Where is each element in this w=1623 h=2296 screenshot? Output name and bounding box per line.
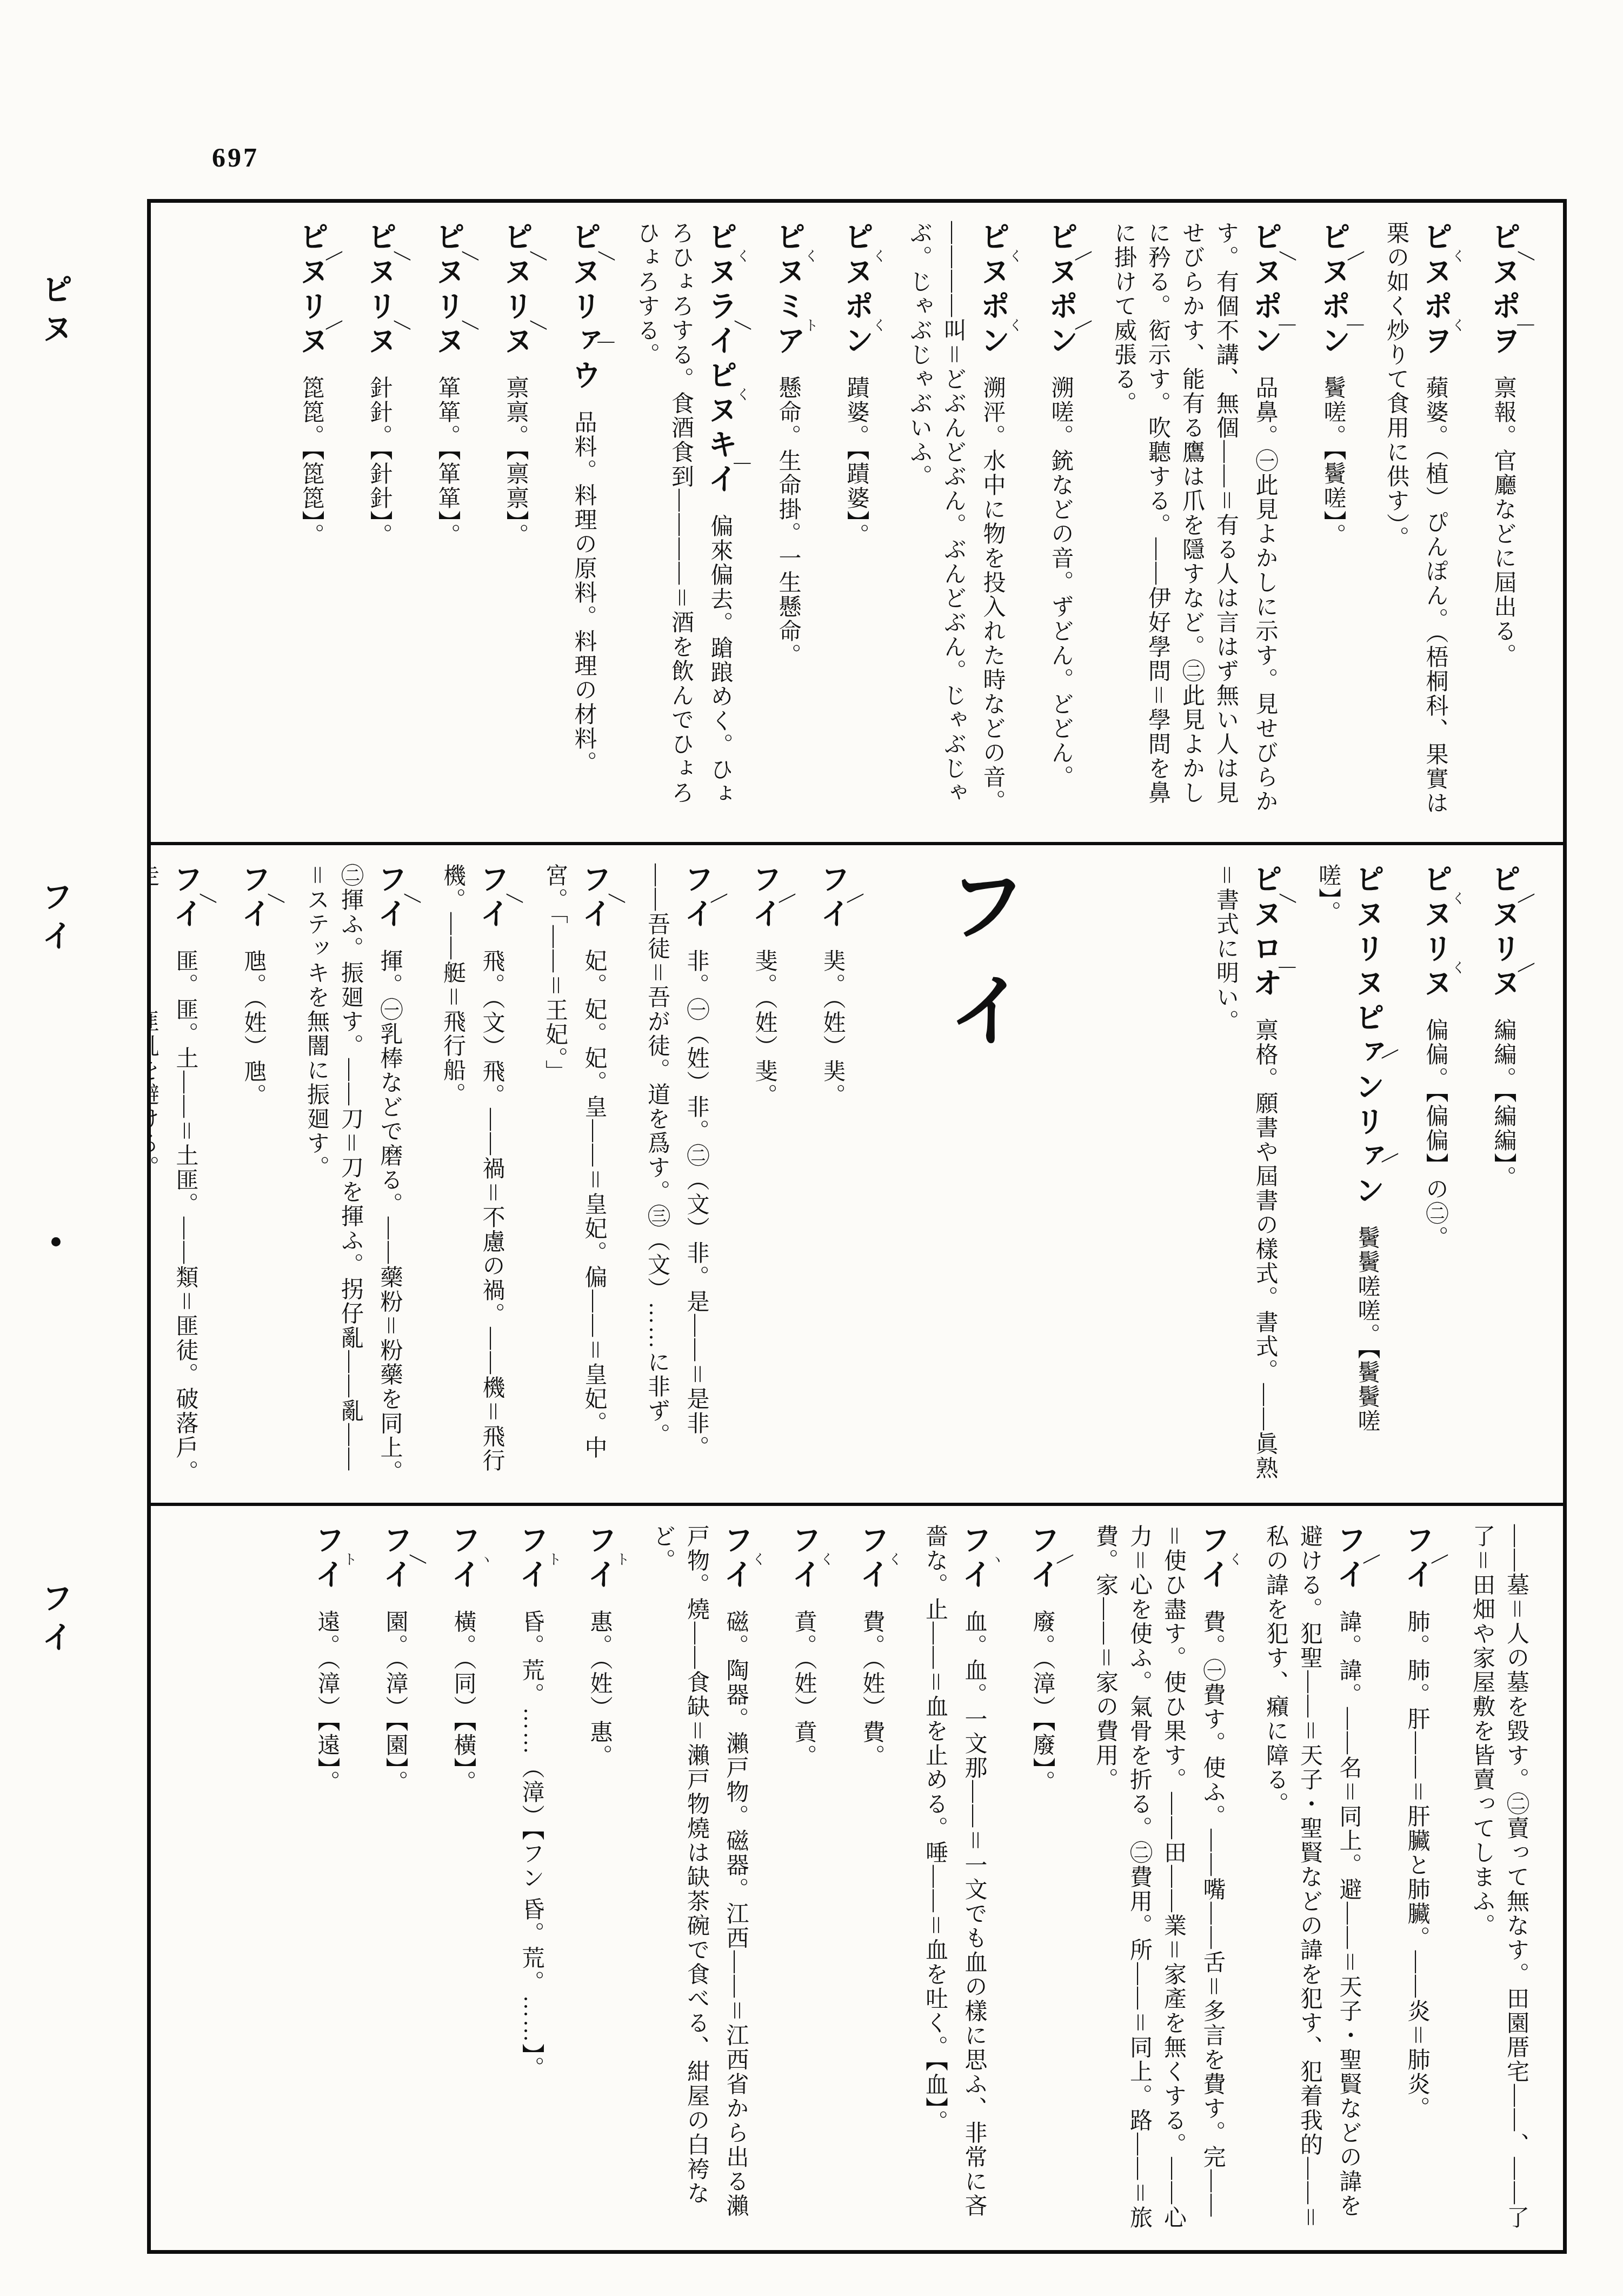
entry-body: 偏偏。【偏偏】の㊁。 — [1423, 1018, 1448, 1250]
entry-headword: フイ╱ — [476, 864, 509, 933]
dictionary-entry: ピヌ╲リヌ╲箆箆。【箆箆】。 — [289, 221, 341, 828]
entry-body: 惠。（姓）惠。 — [587, 1610, 612, 1769]
entry-body: 非。㊀（姓）非。㊁（文）非。是――＝是非。――吾徒＝吾が徒。道を爲す。㊂（文）…… — [644, 864, 709, 1460]
dictionary-entry: フイ╲斐。（姓）斐。 — [742, 864, 794, 1489]
entry-body: 溯嗟。銃などの音。ずどん。どどん。 — [1048, 376, 1073, 789]
entry-body: ――墓＝人の墓を毀す。㊁賣って無なす。田園厝宅――、――了了＝田畑や家屋敷を皆賣… — [1469, 1524, 1528, 2230]
dictionary-entry: フイ╱園。（漳）【園】。 — [373, 1524, 424, 2236]
entry-body: 血。血。一文那――＝一文でも血の樣に思ふ、非常に吝嗇な。止――＝血を止める。唾―… — [922, 1524, 987, 2218]
dictionary-entry: ピヌ╱リヌ╱針針。【針針】。 — [357, 221, 409, 828]
content-box: ピヌ╱ポヲ│禀報。官廳などに屆出る。ピヌくポヲく蘋婆。（植）ぴんぽん。（梧桐科、… — [147, 199, 1567, 2254]
dictionary-entry: フイ╱揮。㊀乳棒などで磨る。――藥粉＝粉藥を同上。㊁揮ふ。振廻す。――刀＝刀を揮… — [299, 864, 419, 1489]
entry-headword: フイト — [583, 1524, 616, 1594]
entry-headword: フイく — [788, 1524, 821, 1594]
entry-body: 賁。（姓）賁。 — [791, 1610, 816, 1769]
entry-headword: ピヌ╱リヌ╱ — [500, 221, 533, 360]
entry-body: 禀報。官廳などに屆出る。 — [1491, 376, 1516, 668]
dictionary-entry: フイ╱飛。（文）飛。――禍＝不慮の禍。――機＝飛行機。――艇＝飛行船。 — [435, 864, 521, 1489]
entry-body: 箪箪。【箪箪】。 — [435, 376, 460, 548]
entry-headword: ピヌくポヲく — [1419, 221, 1452, 360]
dictionary-entry: ピヌ╱ロオ│禀格。願書や屆書の樣式。書式。――眞熟＝書式に明い。 — [1208, 864, 1294, 1489]
entry-headword: フイ╲ — [748, 864, 781, 933]
entry-headword: ピヌ╱リヌ╱ — [363, 221, 396, 360]
dictionary-entry: フイく磁。陶器。瀨戸物。磁器。江西――＝江西省から出る瀨戸物。燒――食缺＝瀨戸物… — [645, 1524, 765, 2236]
entry-body: 揮。㊀乳棒などで磨る。――藥粉＝粉藥を同上。㊁揮ふ。振廻す。――刀＝刀を揮ふ。拐… — [304, 864, 402, 1484]
entry-headword: ピヌ╲ポン│ — [1317, 221, 1350, 360]
entry-body: 鬢嗟。【鬢嗟】。 — [1321, 376, 1346, 548]
entry-body: 諱。諱。――名＝同上。避――＝天子・聖賢などの諱を避ける。犯聖――＝天子・聖賢な… — [1263, 1524, 1361, 2230]
dictionary-entry: ピヌくライ╱ピヌくキイ│偏來偏去。蹌踉めく。ひょろひょろする。食酒食到――――＝… — [629, 221, 749, 828]
dictionary-entry: フイく費。（姓）費。 — [849, 1524, 901, 2236]
entry-body: 針針。【針針】。 — [367, 376, 392, 548]
entry-headword: ピヌ╱ロオ│ — [1249, 864, 1282, 1002]
entry-headword: フイ╱ — [578, 864, 611, 933]
dictionary-entry: フイ╲廢。（漳）【廢】。 — [1020, 1524, 1072, 2236]
entry-headword: ピヌくポンく — [840, 221, 873, 360]
dictionary-entry: フイ╲肺。肺。肝――＝肝臟と肺臟。――炎＝肺炎。 — [1394, 1524, 1446, 2236]
entry-body: 磁。陶器。瀨戸物。磁器。江西――＝江西省から出る瀨戸物。燒――食缺＝瀨戸物燒は缺… — [650, 1524, 748, 2218]
dictionary-page: 697 ピヌ フイ フイ ピヌ╱ポヲ│禀報。官廳などに屆出る。ピヌくポヲく蘋婆。… — [0, 0, 1623, 2296]
dictionary-entry: ピヌ╲ポン│鬢嗟。【鬢嗟】。 — [1311, 221, 1362, 828]
entry-headword: フイ╲ — [1333, 1524, 1366, 1594]
dictionary-entry: ピヌ╱リヌ╱箪箪。【箪箪】。 — [425, 221, 477, 828]
dictionary-entry: ピヌ╱リァウ│品料。料理の原料。料理の材料。 — [561, 221, 613, 828]
entry-body: 橫。（同）【橫】。 — [451, 1610, 476, 1795]
dictionary-entry: ピヌくポンく蹟婆。【蹟婆】。 — [834, 221, 886, 828]
entry-body: 懸命。生命掛。一生懸命。 — [776, 376, 801, 668]
entry-body: 廢。（漳）【廢】。 — [1030, 1610, 1055, 1795]
dictionary-entry: フイ╲奜。（姓）奜。 — [810, 864, 862, 1489]
entry-headword: ピヌ╲ポン╲ — [1045, 221, 1077, 360]
entry-body: 遠。（漳）【遠】。 — [315, 1610, 340, 1795]
dictionary-entry: ピヌ╱リヌ╱禀禀。【禀禀】。 — [493, 221, 545, 828]
dictionary-entry: ピヌ╱ポヲ│禀報。官廳などに屆出る。 — [1481, 221, 1533, 828]
entry-headword: フイく — [720, 1524, 753, 1594]
band-fui-entries-upper: ピヌ╲リヌ╲編編。【編編】。ピヌくリヌく偏偏。【偏偏】の㊁。ピヌリヌピァン╲リァ… — [151, 842, 1563, 1503]
band-pin-entries: ピヌ╱ポヲ│禀報。官廳などに屆出る。ピヌくポヲく蘋婆。（植）ぴんぽん。（梧桐科、… — [151, 203, 1563, 842]
page-number: 697 — [212, 142, 259, 173]
dictionary-entry: フイく賁。（姓）賁。 — [781, 1524, 833, 2236]
entry-body: 禀禀。【禀禀】。 — [503, 376, 528, 548]
dictionary-entry: ピヌくポンく溯泙。水中に物を投入れた時などの音。――――叫＝どぶんどぶん。ぶんど… — [902, 221, 1022, 828]
entry-headword: フイト — [311, 1524, 344, 1594]
entry-headword: ピヌくリヌく — [1419, 864, 1452, 1002]
entry-headword: ピヌくミアト — [772, 221, 805, 360]
dictionary-entry: ピヌ╲ポン╲溯嗟。銃などの音。ずどん。どどん。 — [1038, 221, 1090, 828]
entry-headword: フイ╱ — [379, 1524, 412, 1594]
entry-headword: フイ╲ — [816, 864, 849, 933]
entry-body: 蹟婆。【蹟婆】。 — [844, 376, 869, 548]
entry-body: 費。（姓）費。 — [860, 1610, 884, 1769]
entry-headword: フイヽ — [447, 1524, 480, 1594]
entry-body: 箆箆。【箆箆】。 — [299, 376, 324, 548]
dictionary-entry: フイト惠。（姓）惠。 — [577, 1524, 629, 2236]
dictionary-entry: フイヽ血。血。一文那――＝一文でも血の樣に思ふ、非常に吝嗇な。止――＝血を止める… — [917, 1524, 1003, 2236]
dictionary-entry: フイヽ橫。（同）【橫】。 — [441, 1524, 493, 2236]
entry-headword: フイ╲ — [680, 864, 713, 933]
entry-headword: フイ╱ — [169, 864, 202, 933]
entry-body: 昏。荒。……（漳）【フン 昏。荒。……】。 — [519, 1610, 544, 2081]
dictionary-entry: ピヌくリヌく偏偏。【偏偏】の㊁。 — [1413, 864, 1465, 1489]
entry-body: 費。㊀費す。使ふ。――嘴――舌＝多言を費す。完――＝使ひ盡す。使ひ果す。――田―… — [1093, 1524, 1225, 2230]
entry-headword: ピヌくポンく — [976, 221, 1009, 360]
margin-index-label-fui-1: フイ — [31, 880, 77, 958]
entry-headword: フイ╱ — [374, 864, 407, 933]
dictionary-entry: フイ╲非。㊀（姓）非。㊁（文）非。是――＝是非。――吾徒＝吾が徒。道を爲す。㊂（… — [640, 864, 726, 1489]
entry-body: 虺。（姓）虺。 — [241, 949, 266, 1108]
entry-body: 匪。匪。土――＝土匪。――類＝匪徒。破落戶。走――――＝匪亂を避ける。 — [151, 864, 198, 1484]
dictionary-entry: ピヌくポヲく蘋婆。（植）ぴんぽん。（梧桐科、果實は栗の如く炒りて食用に供す）。 — [1379, 221, 1465, 828]
entry-body: 肺。肺。肝――＝肝臟と肺臟。――炎＝肺炎。 — [1405, 1610, 1429, 2121]
entry-headword: フイ╱ — [237, 864, 270, 933]
entry-headword: フイヽ — [958, 1524, 991, 1594]
dictionary-entry: フイト昏。荒。……（漳）【フン 昏。荒。……】。 — [509, 1524, 561, 2236]
entry-headword: ピヌリヌピァン╲リァン╲ — [1351, 864, 1384, 1210]
entry-body: 奜。（姓）奜。 — [820, 949, 845, 1108]
entry-headword: フイ╲ — [1401, 1524, 1434, 1594]
dictionary-entry: フイく費。㊀費す。使ふ。――嘴――舌＝多言を費す。完――＝使ひ盡す。使ひ果す。―… — [1088, 1524, 1242, 2236]
entry-headword: ピヌ╲リヌ╲ — [1487, 864, 1520, 1002]
entry-headword: ピヌ╱ポン│ — [1249, 221, 1282, 360]
section-heading: フイ — [922, 864, 1148, 1489]
entry-body: 編編。【編編】。 — [1491, 1018, 1516, 1190]
dictionary-entry: ピヌくミアト懸命。生命掛。一生懸命。 — [766, 221, 817, 828]
band-fui-entries-lower: ――墓＝人の墓を毀す。㊁賣って無なす。田園厝宅――、――了了＝田畑や家屋敷を皆賣… — [151, 1503, 1563, 2250]
entry-headword: フイく — [856, 1524, 889, 1594]
entry-body: 園。（漳）【園】。 — [383, 1610, 408, 1795]
entry-headword: ピヌ╲リヌ╲ — [295, 221, 328, 360]
entry-headword: ピヌ╱リァウ│ — [568, 221, 601, 394]
dictionary-entry: ピヌ╲リヌ╲編編。【編編】。 — [1481, 864, 1533, 1489]
dictionary-entry: フイ╲諱。諱。――名＝同上。避――＝天子・聖賢などの諱を避ける。犯聖――＝天子・… — [1258, 1524, 1378, 2236]
entry-body: 品料。料理の原料。料理の材料。 — [571, 410, 596, 775]
margin-index-label-pin: ピヌ — [31, 273, 77, 351]
entry-headword: ピヌ╱ポヲ│ — [1487, 221, 1520, 360]
dictionary-entry: ピヌ╱ポン│品鼻。㊀此見よかしに示す。見せびらかす。有個不講、無個――＝有る人は… — [1106, 221, 1294, 828]
margin-index-label-fui-2: フイ — [31, 1582, 77, 1660]
entry-headword: ピヌくライ╱ピヌくキイ│ — [704, 221, 737, 498]
entry-headword: フイく — [1196, 1524, 1229, 1594]
dictionary-entry: フイ╱虺。（姓）虺。 — [231, 864, 283, 1489]
entry-body: 飛。（文）飛。――禍＝不慮の禍。――機＝飛行機。――艇＝飛行船。 — [440, 864, 504, 1473]
margin-index-dot — [51, 1237, 61, 1246]
dictionary-entry: ピヌリヌピァン╲リァン╲鬢鬢嗟嗟。【鬢鬢嗟嗟】。 — [1311, 864, 1396, 1489]
dictionary-entry: フイト遠。（漳）【遠】。 — [304, 1524, 356, 2236]
dictionary-entry: ――墓＝人の墓を毀す。㊁賣って無なす。田園厝宅――、――了了＝田畑や家屋敷を皆賣… — [1465, 1524, 1533, 2236]
entry-body: 妃。妃。妃。皇――＝皇妃。偏――＝皇妃。中宮。「――＝王妃。」 — [542, 864, 607, 1460]
entry-headword: ピヌ╱リヌ╱ — [431, 221, 464, 360]
entry-headword: フイ╲ — [1026, 1524, 1059, 1594]
entry-body: 斐。（姓）斐。 — [752, 949, 777, 1108]
dictionary-entry: フイ╱妃。妃。妃。皇――＝皇妃。偏――＝皇妃。中宮。「――＝王妃。」 — [537, 864, 623, 1489]
dictionary-entry: フイ╱匪。匪。土――＝土匪。――類＝匪徒。破落戶。走――――＝匪亂を避ける。 — [151, 864, 215, 1489]
entry-headword: フイト — [515, 1524, 548, 1594]
